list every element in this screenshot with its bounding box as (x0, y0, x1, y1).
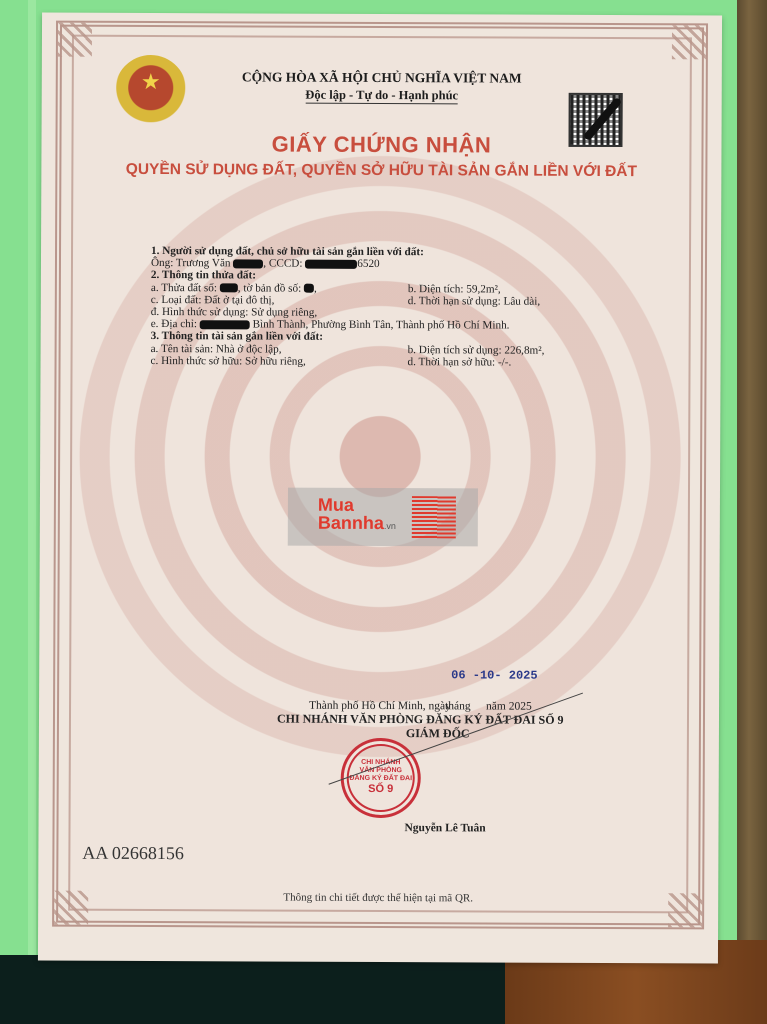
place-text: Thành phố Hồ Chí Minh, ngày (309, 700, 451, 713)
year-label: năm 2025 (486, 700, 532, 712)
certificate-body: 1. Người sử dụng đất, chủ sở hữu tài sản… (151, 245, 652, 369)
seal-line3: ĐĂNG KÝ ĐẤT ĐAI (344, 775, 418, 783)
redacted-address (200, 320, 250, 329)
buildings-icon (412, 496, 456, 538)
serial-number: AA 02668156 (82, 843, 184, 864)
cccd-label: , CCCD: (263, 258, 302, 270)
date-stamp: 06 -10- 2025 (451, 668, 537, 682)
watermark-logo-text: Mua Bannha.vn (318, 496, 396, 535)
month-label: tháng (445, 700, 471, 712)
asset-name: a. Tên tài sản: Nhà ở độc lập, (151, 342, 282, 355)
redacted-cccd (305, 260, 357, 269)
land-term: d. Thời hạn sử dụng: Lâu dài, (408, 295, 540, 308)
motto-text: Độc lập - Tự do - Hạnh phúc (305, 88, 458, 105)
wood-background (737, 0, 767, 1024)
floor-area: b. Diện tích sử dụng: 226,8m², (408, 344, 545, 357)
certificate-title: GIẤY CHỨNG NHẬN (41, 131, 721, 160)
ownership-term: d. Thời hạn sở hữu: -/-. (408, 356, 512, 369)
watermark-line1: Mua (318, 496, 396, 514)
ownership-row: c. Hình thức sở hữu: Sở hữu riêng, d. Th… (151, 355, 651, 369)
corner-ornament (672, 25, 706, 59)
land-use-certificate: ★ CỘNG HÒA XÃ HỘI CHỦ NGHĨA VIỆT NAM Độc… (38, 13, 722, 964)
parcel-number-label: a. Thửa đất số: (151, 282, 217, 294)
ownership-form: c. Hình thức sở hữu: Sở hữu riêng, (151, 355, 306, 368)
folder-edge (28, 0, 36, 960)
signer-position: GIÁM ĐỐC (406, 726, 470, 741)
watermark-tld: .vn (384, 521, 396, 531)
dark-surface (0, 955, 510, 1024)
land-type: c. Loại đất: Đất ở tại đô thị, (151, 294, 275, 307)
redacted-parcel (220, 284, 238, 293)
signer-name: Nguyễn Lê Tuân (404, 822, 485, 834)
seal-number: SỐ 9 (344, 783, 418, 796)
cccd-suffix: 6520 (357, 258, 379, 270)
country-name: CỘNG HÒA XÃ HỘI CHỦ NGHĨA VIỆT NAM (42, 69, 722, 88)
map-sheet-label: , tờ bản đồ số: (238, 282, 301, 294)
land-area: b. Diện tích: 59,2m², (408, 283, 501, 296)
redacted-map-sheet (304, 284, 314, 293)
watermark-line2: Bannha (318, 513, 384, 533)
certificate-subtitle: QUYỀN SỬ DỤNG ĐẤT, QUYỀN SỞ HỮU TÀI SẢN … (41, 161, 721, 182)
owner-name: Ông: Trương Văn (151, 257, 231, 269)
muabannha-watermark: Mua Bannha.vn (288, 488, 478, 547)
national-motto: Độc lập - Tự do - Hạnh phúc (42, 87, 722, 105)
redacted-name (233, 259, 263, 268)
corner-ornament (58, 23, 92, 57)
address-value: Bình Thành, Phường Bình Tân, Thành phố H… (253, 319, 510, 332)
address-label: e. Địa chỉ: (151, 318, 197, 330)
official-seal: CHI NHÁNH VĂN PHÒNG ĐĂNG KÝ ĐẤT ĐAI SỐ 9 (341, 738, 421, 818)
